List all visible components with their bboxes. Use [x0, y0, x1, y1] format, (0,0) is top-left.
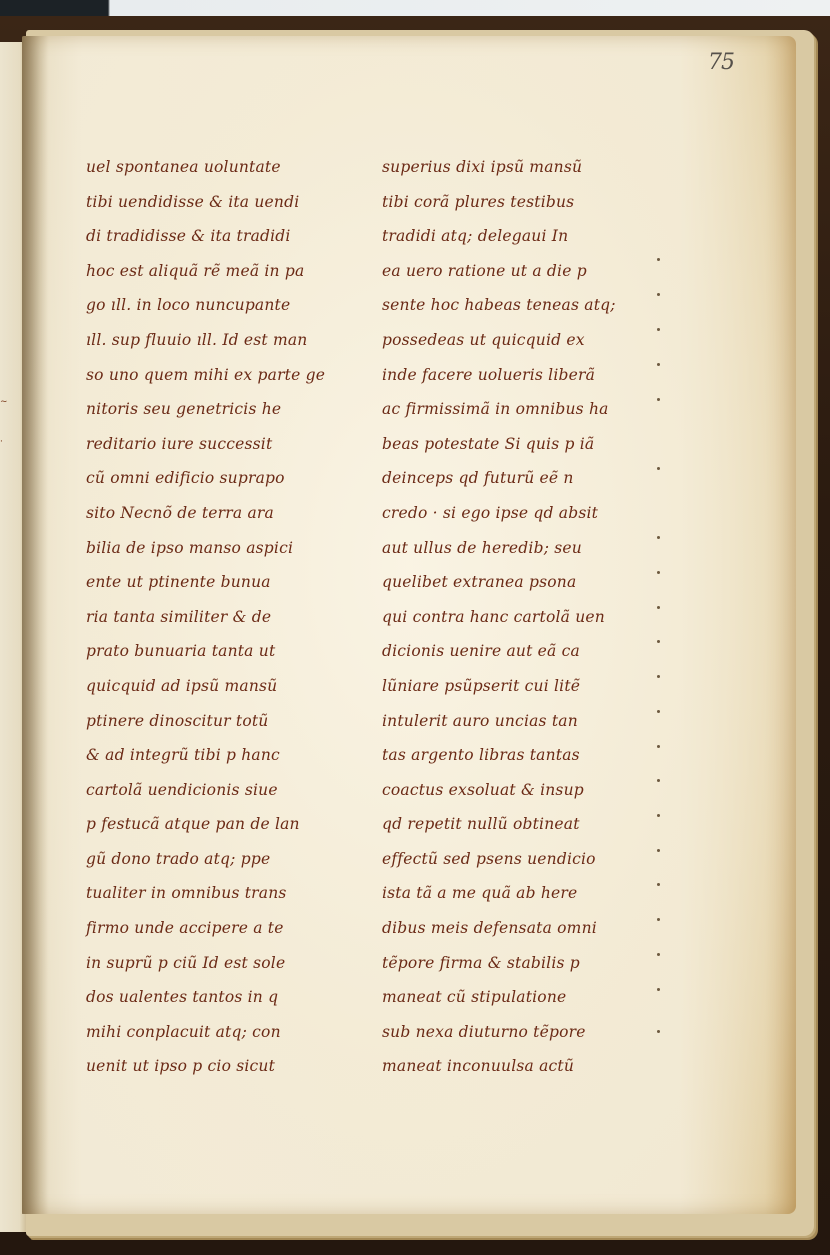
manuscript-line: prato bunuaria tanta ut: [86, 634, 376, 669]
manuscript-line: coactus exsoluat & insup: [382, 773, 672, 808]
manuscript-line: go ıll. in loco nuncupante: [86, 288, 376, 323]
manuscript-line: ac firmissimã in omnibus ha: [382, 392, 672, 427]
pricking-mark: [657, 779, 660, 782]
manuscript-line: possedeas ut quicquid ex: [382, 323, 672, 358]
manuscript-line: tibi corã plures testibus: [382, 185, 672, 220]
manuscript-line: cũ omni edificio suprapo: [86, 461, 376, 496]
manuscript-line: cartolã uendicionis siue: [86, 773, 376, 808]
pricking-mark: [657, 536, 660, 539]
manuscript-line: tualiter in omnibus trans: [86, 876, 376, 911]
manuscript-line: maneat cũ stipulatione: [382, 980, 672, 1015]
manuscript-line: dibus meis defensata omni: [382, 911, 672, 946]
pricking-mark: [657, 814, 660, 817]
manuscript-line: di tradidisse & ita tradidi: [86, 219, 376, 254]
manuscript-line: ista tã a me quã ab here: [382, 876, 672, 911]
manuscript-line: reditario iure successit: [86, 427, 376, 462]
manuscript-line: sente hoc habeas teneas atq;: [382, 288, 672, 323]
manuscript-line: superius dixi ipsũ mansũ: [382, 150, 672, 185]
manuscript-line: p festucã atque pan de lan: [86, 807, 376, 842]
manuscript-line: hoc est aliquã rẽ meã in pa: [86, 254, 376, 289]
manuscript-line: effectũ sed psens uendicio: [382, 842, 672, 877]
folio-number: 75: [708, 50, 734, 75]
manuscript-line: deinceps qd futurũ eẽ n: [382, 461, 672, 496]
pricking-mark: [657, 363, 660, 366]
manuscript-line: sito Necnõ de terra ara: [86, 496, 376, 531]
manuscript-line: quicquid ad ipsũ mansũ: [86, 669, 376, 704]
manuscript-line: ıll. sup fluuio ıll. Id est man: [86, 323, 376, 358]
pricking-mark: [657, 710, 660, 713]
manuscript-line: dos ualentes tantos in q: [86, 980, 376, 1015]
pricking-mark: [657, 953, 660, 956]
manuscript-line: ea uero ratione ut a die p: [382, 254, 672, 289]
pricking-mark: [657, 918, 660, 921]
manuscript-line: firmo unde accipere a te: [86, 911, 376, 946]
manuscript-line: gũ dono trado atq; ppe: [86, 842, 376, 877]
pricking-mark: [657, 606, 660, 609]
pricking-mark: [657, 328, 660, 331]
manuscript-line: dicionis uenire aut eã ca: [382, 634, 672, 669]
manuscript-line: qd repetit nullũ obtineat: [382, 807, 672, 842]
manuscript-line: so uno quem mihi ex parte ge: [86, 358, 376, 393]
manuscript-line: intulerit auro uncias tan: [382, 704, 672, 739]
gutter-shadow: [22, 36, 48, 1214]
pricking-mark: [657, 849, 660, 852]
manuscript-line: aut ullus de heredib; seu: [382, 531, 672, 566]
manuscript-line: maneat inconuulsa actũ: [382, 1049, 672, 1084]
manuscript-line: ptinere dinoscitur totũ: [86, 704, 376, 739]
manuscript-line: credo · si ego ipse qd absit: [382, 496, 672, 531]
pricking-mark: [657, 293, 660, 296]
manuscript-line: ria tanta similiter & de: [86, 600, 376, 635]
manuscript-line: ente ut ptinente bunua: [86, 565, 376, 600]
pricking-mark: [657, 745, 660, 748]
manuscript-line: bilia de ipso manso aspici: [86, 531, 376, 566]
manuscript-line: lũniare psũpserit cui litẽ: [382, 669, 672, 704]
manuscript-line: quelibet extranea psona: [382, 565, 672, 600]
manuscript-line: tẽpore firma & stabilis p: [382, 946, 672, 981]
pricking-mark: [657, 640, 660, 643]
pricking-mark: [657, 258, 660, 261]
manuscript-line: sub nexa diuturno tẽpore: [382, 1015, 672, 1050]
margin-mark: ·: [0, 437, 3, 447]
pricking-mark: [657, 467, 660, 470]
manuscript-line: mihi conplacuit atq; con: [86, 1015, 376, 1050]
pricking-mark: [657, 675, 660, 678]
manuscript-line: inde facere uolueris liberã: [382, 358, 672, 393]
manuscript-line: uenit ut ipso p cio sicut: [86, 1049, 376, 1084]
pricking-mark: [657, 1030, 660, 1033]
margin-mark: ~: [0, 397, 8, 407]
manuscript-line: beas potestate Si quis p iã: [382, 427, 672, 462]
manuscript-line: tradidi atq; delegaui In: [382, 219, 672, 254]
manuscript-line: in suprũ p ciũ Id est sole: [86, 946, 376, 981]
pricking-mark: [657, 883, 660, 886]
manuscript-line: & ad integrũ tibi p hanc: [86, 738, 376, 773]
text-column-left: uel spontanea uoluntate tibi uendidisse …: [86, 150, 376, 1084]
manuscript-line: tibi uendidisse & ita uendi: [86, 185, 376, 220]
text-column-right: superius dixi ipsũ mansũ tibi corã plure…: [382, 150, 672, 1084]
pricking-mark: [657, 398, 660, 401]
pricking-mark: [657, 571, 660, 574]
pricking-mark: [657, 988, 660, 991]
manuscript-line: qui contra hanc cartolã uen: [382, 600, 672, 635]
manuscript-line: tas argento libras tantas: [382, 738, 672, 773]
manuscript-line: nitoris seu genetricis he: [86, 392, 376, 427]
manuscript-line: uel spontanea uoluntate: [86, 150, 376, 185]
